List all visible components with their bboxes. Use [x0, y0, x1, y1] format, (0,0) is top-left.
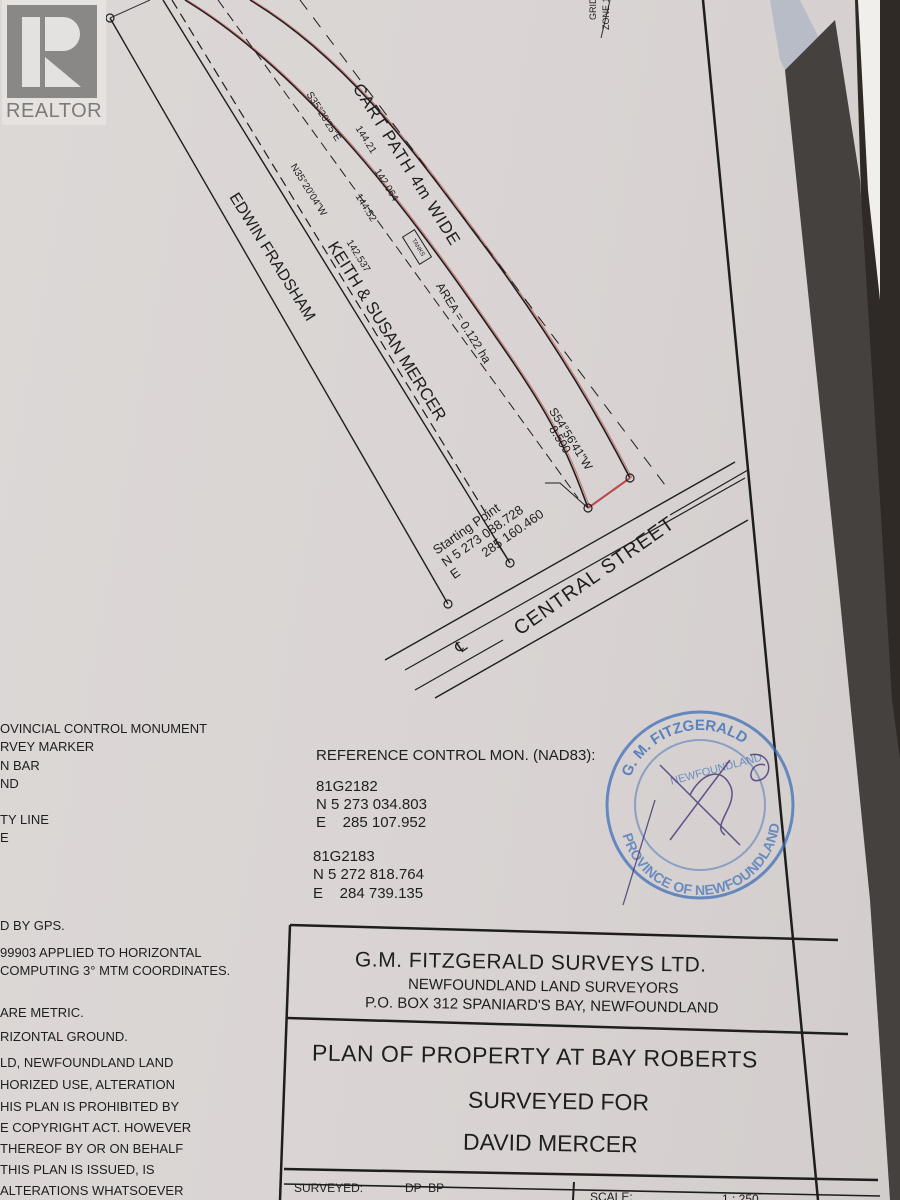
note-line: D BY GPS.: [0, 918, 65, 933]
surveyed-for-label: SURVEYED FOR: [468, 1087, 649, 1117]
client-name: DAVID MERCER: [463, 1129, 638, 1159]
note-line: E COPYRIGHT ACT. HOWEVER: [0, 1120, 191, 1135]
note-line: RIZONTAL GROUND.: [0, 1029, 128, 1044]
monument-easting: E 284 739.135: [313, 885, 423, 902]
note-line: 99903 APPLIED TO HORIZONTAL: [0, 945, 202, 960]
note-line: ARE METRIC.: [0, 1005, 84, 1020]
zone-label: ZONE 1: [601, 0, 611, 30]
realtor-wordmark: REALTOR: [6, 100, 102, 123]
grid-north-label: GRID NOR: [588, 0, 598, 20]
note-line: HORIZED USE, ALTERATION: [0, 1077, 175, 1092]
surveyed-by: DP BP: [405, 1181, 444, 1195]
note-line: ALTERATIONS WHATSOEVER: [0, 1183, 183, 1198]
surveyed-label: SURVEYED:: [294, 1181, 363, 1195]
reference-heading: REFERENCE CONTROL MON. (NAD83):: [316, 747, 595, 764]
scale-label: SCALE:: [590, 1190, 633, 1200]
monument-id: 81G2183: [313, 848, 375, 865]
legend-item: ND: [0, 776, 19, 791]
legend-item: N BAR: [0, 758, 40, 773]
note-line: COMPUTING 3° MTM COORDINATES.: [0, 963, 230, 978]
scale-value: 1 : 250: [722, 1192, 759, 1200]
note-line: THIS PLAN IS ISSUED, IS: [0, 1162, 155, 1177]
monument-easting: E 285 107.952: [316, 814, 426, 831]
note-line: LD, NEWFOUNDLAND LAND: [0, 1055, 173, 1070]
legend-item: RVEY MARKER: [0, 739, 94, 754]
surveyor-stamp-icon: G. M. FITZGERALD PROVINCE OF NEWFOUNDLAN…: [600, 705, 800, 905]
monument-id: 81G2182: [316, 778, 378, 795]
legend-item: E: [0, 830, 9, 845]
survey-drawing: [0, 0, 900, 1200]
legend-item: OVINCIAL CONTROL MONUMENT: [0, 721, 207, 736]
note-line: THEREOF BY OR ON BEHALF: [0, 1141, 183, 1156]
monument-northing: N 5 273 034.803: [316, 796, 427, 813]
realtor-r-icon: [7, 5, 97, 98]
legend-item: TY LINE: [0, 812, 49, 827]
note-line: HIS PLAN IS PROHIBITED BY: [0, 1099, 179, 1114]
monument-northing: N 5 272 818.764: [313, 866, 424, 883]
stamp-inner-text: NEWFOUNDLAND: [669, 752, 763, 788]
realtor-logo: REALTOR: [2, 0, 106, 125]
